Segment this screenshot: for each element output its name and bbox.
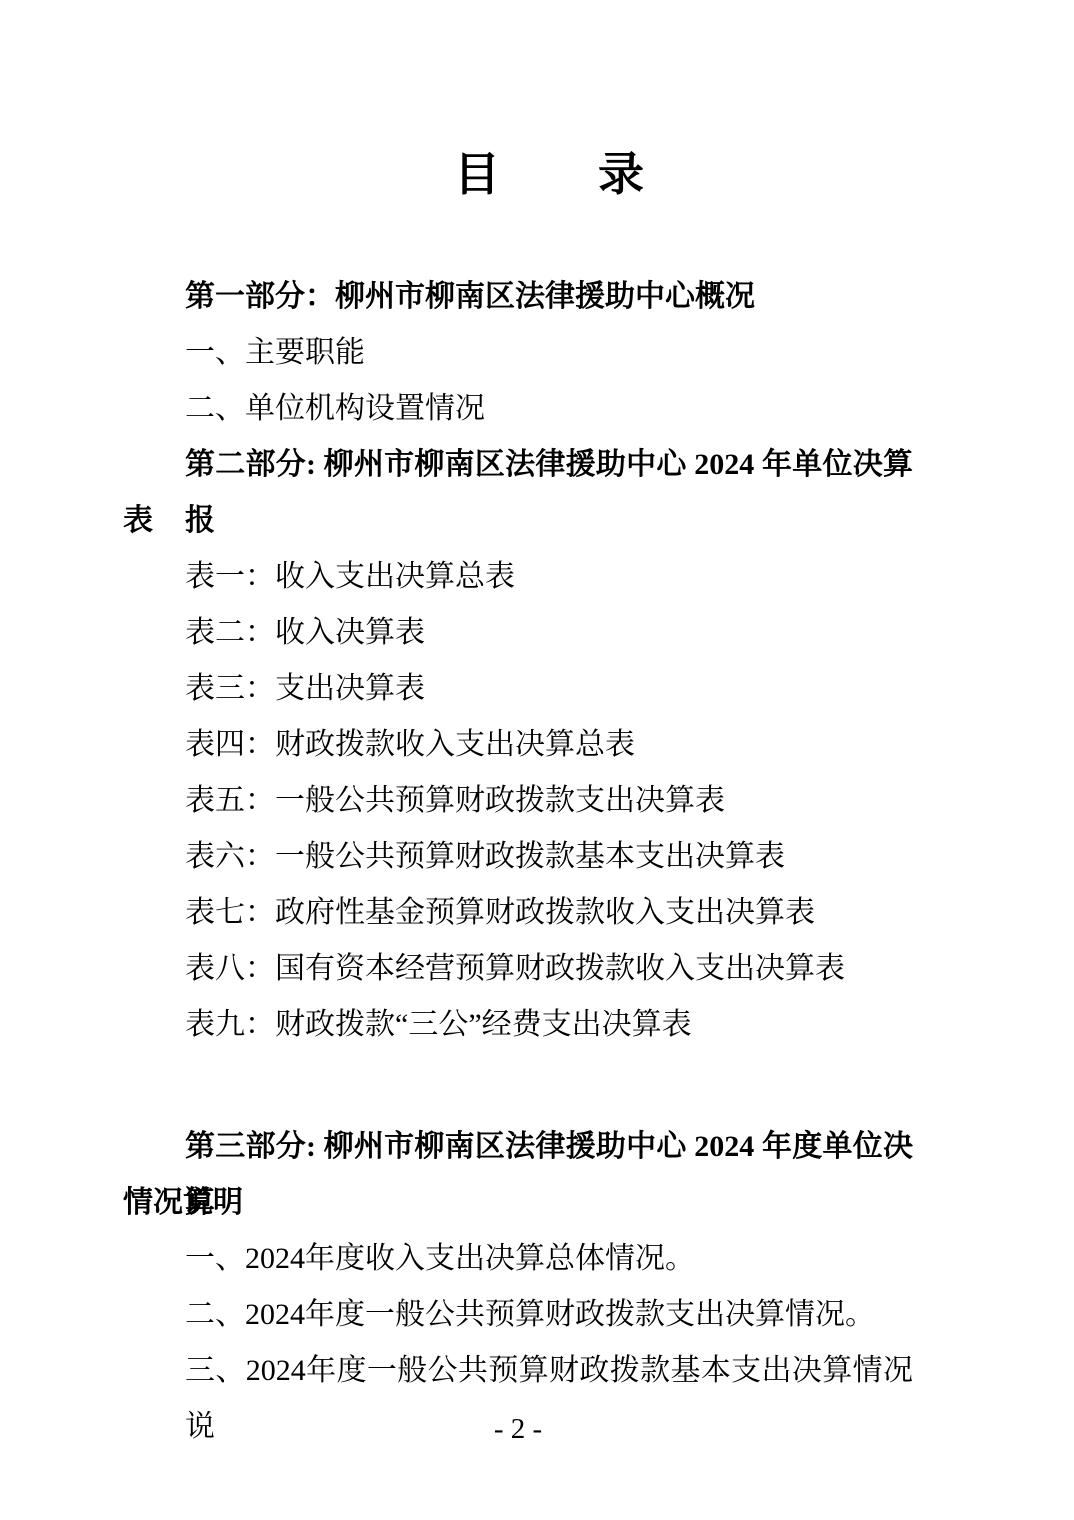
toc-part3-item-1: 一、2024年度收入支出决算总体情况。 [123, 1231, 913, 1287]
toc-list: 第一部分：柳州市柳南区法律援助中心概况 一、主要职能 二、单位机构设置情况 第二… [123, 269, 913, 1399]
toc-table-item-7: 表七：政府性基金预算财政拨款收入支出决算表 [123, 885, 913, 941]
toc-table-item-1: 表一：收入支出决算总表 [123, 549, 913, 605]
toc-part3-item-2: 二、2024年度一般公共预算财政拨款支出决算情况。 [123, 1287, 913, 1343]
toc-part2-heading-line1: 第二部分: 柳州市柳南区法律援助中心 2024 年单位决算报 [123, 437, 913, 493]
toc-part3-heading-line1: 第三部分: 柳州市柳南区法律援助中心 2024 年度单位决算 [123, 1119, 913, 1175]
toc-spacer [123, 1053, 913, 1119]
page-number: - 2 - [123, 1401, 913, 1457]
toc-part3-heading-line2: 情况说明 [123, 1175, 913, 1231]
toc-table-item-8: 表八：国有资本经营预算财政拨款收入支出决算表 [123, 941, 913, 997]
page-title: 目 录 [123, 145, 913, 205]
toc-part1-heading: 第一部分：柳州市柳南区法律援助中心概况 [123, 269, 913, 325]
toc-part2-heading-line2: 表 [123, 493, 913, 549]
toc-table-item-4: 表四：财政拨款收入支出决算总表 [123, 717, 913, 773]
toc-part1-item-2: 二、单位机构设置情况 [123, 381, 913, 437]
toc-part3-item-3: 三、2024年度一般公共预算财政拨款基本支出决算情况说 [123, 1343, 913, 1399]
toc-table-item-2: 表二：收入决算表 [123, 605, 913, 661]
toc-table-item-3: 表三：支出决算表 [123, 661, 913, 717]
document-page: 目 录 第一部分：柳州市柳南区法律援助中心概况 一、主要职能 二、单位机构设置情… [0, 0, 1074, 1520]
toc-table-item-5: 表五：一般公共预算财政拨款支出决算表 [123, 773, 913, 829]
toc-table-item-9: 表九：财政拨款“三公”经费支出决算表 [123, 997, 913, 1053]
toc-part1-item-1: 一、主要职能 [123, 325, 913, 381]
toc-table-item-6: 表六：一般公共预算财政拨款基本支出决算表 [123, 829, 913, 885]
